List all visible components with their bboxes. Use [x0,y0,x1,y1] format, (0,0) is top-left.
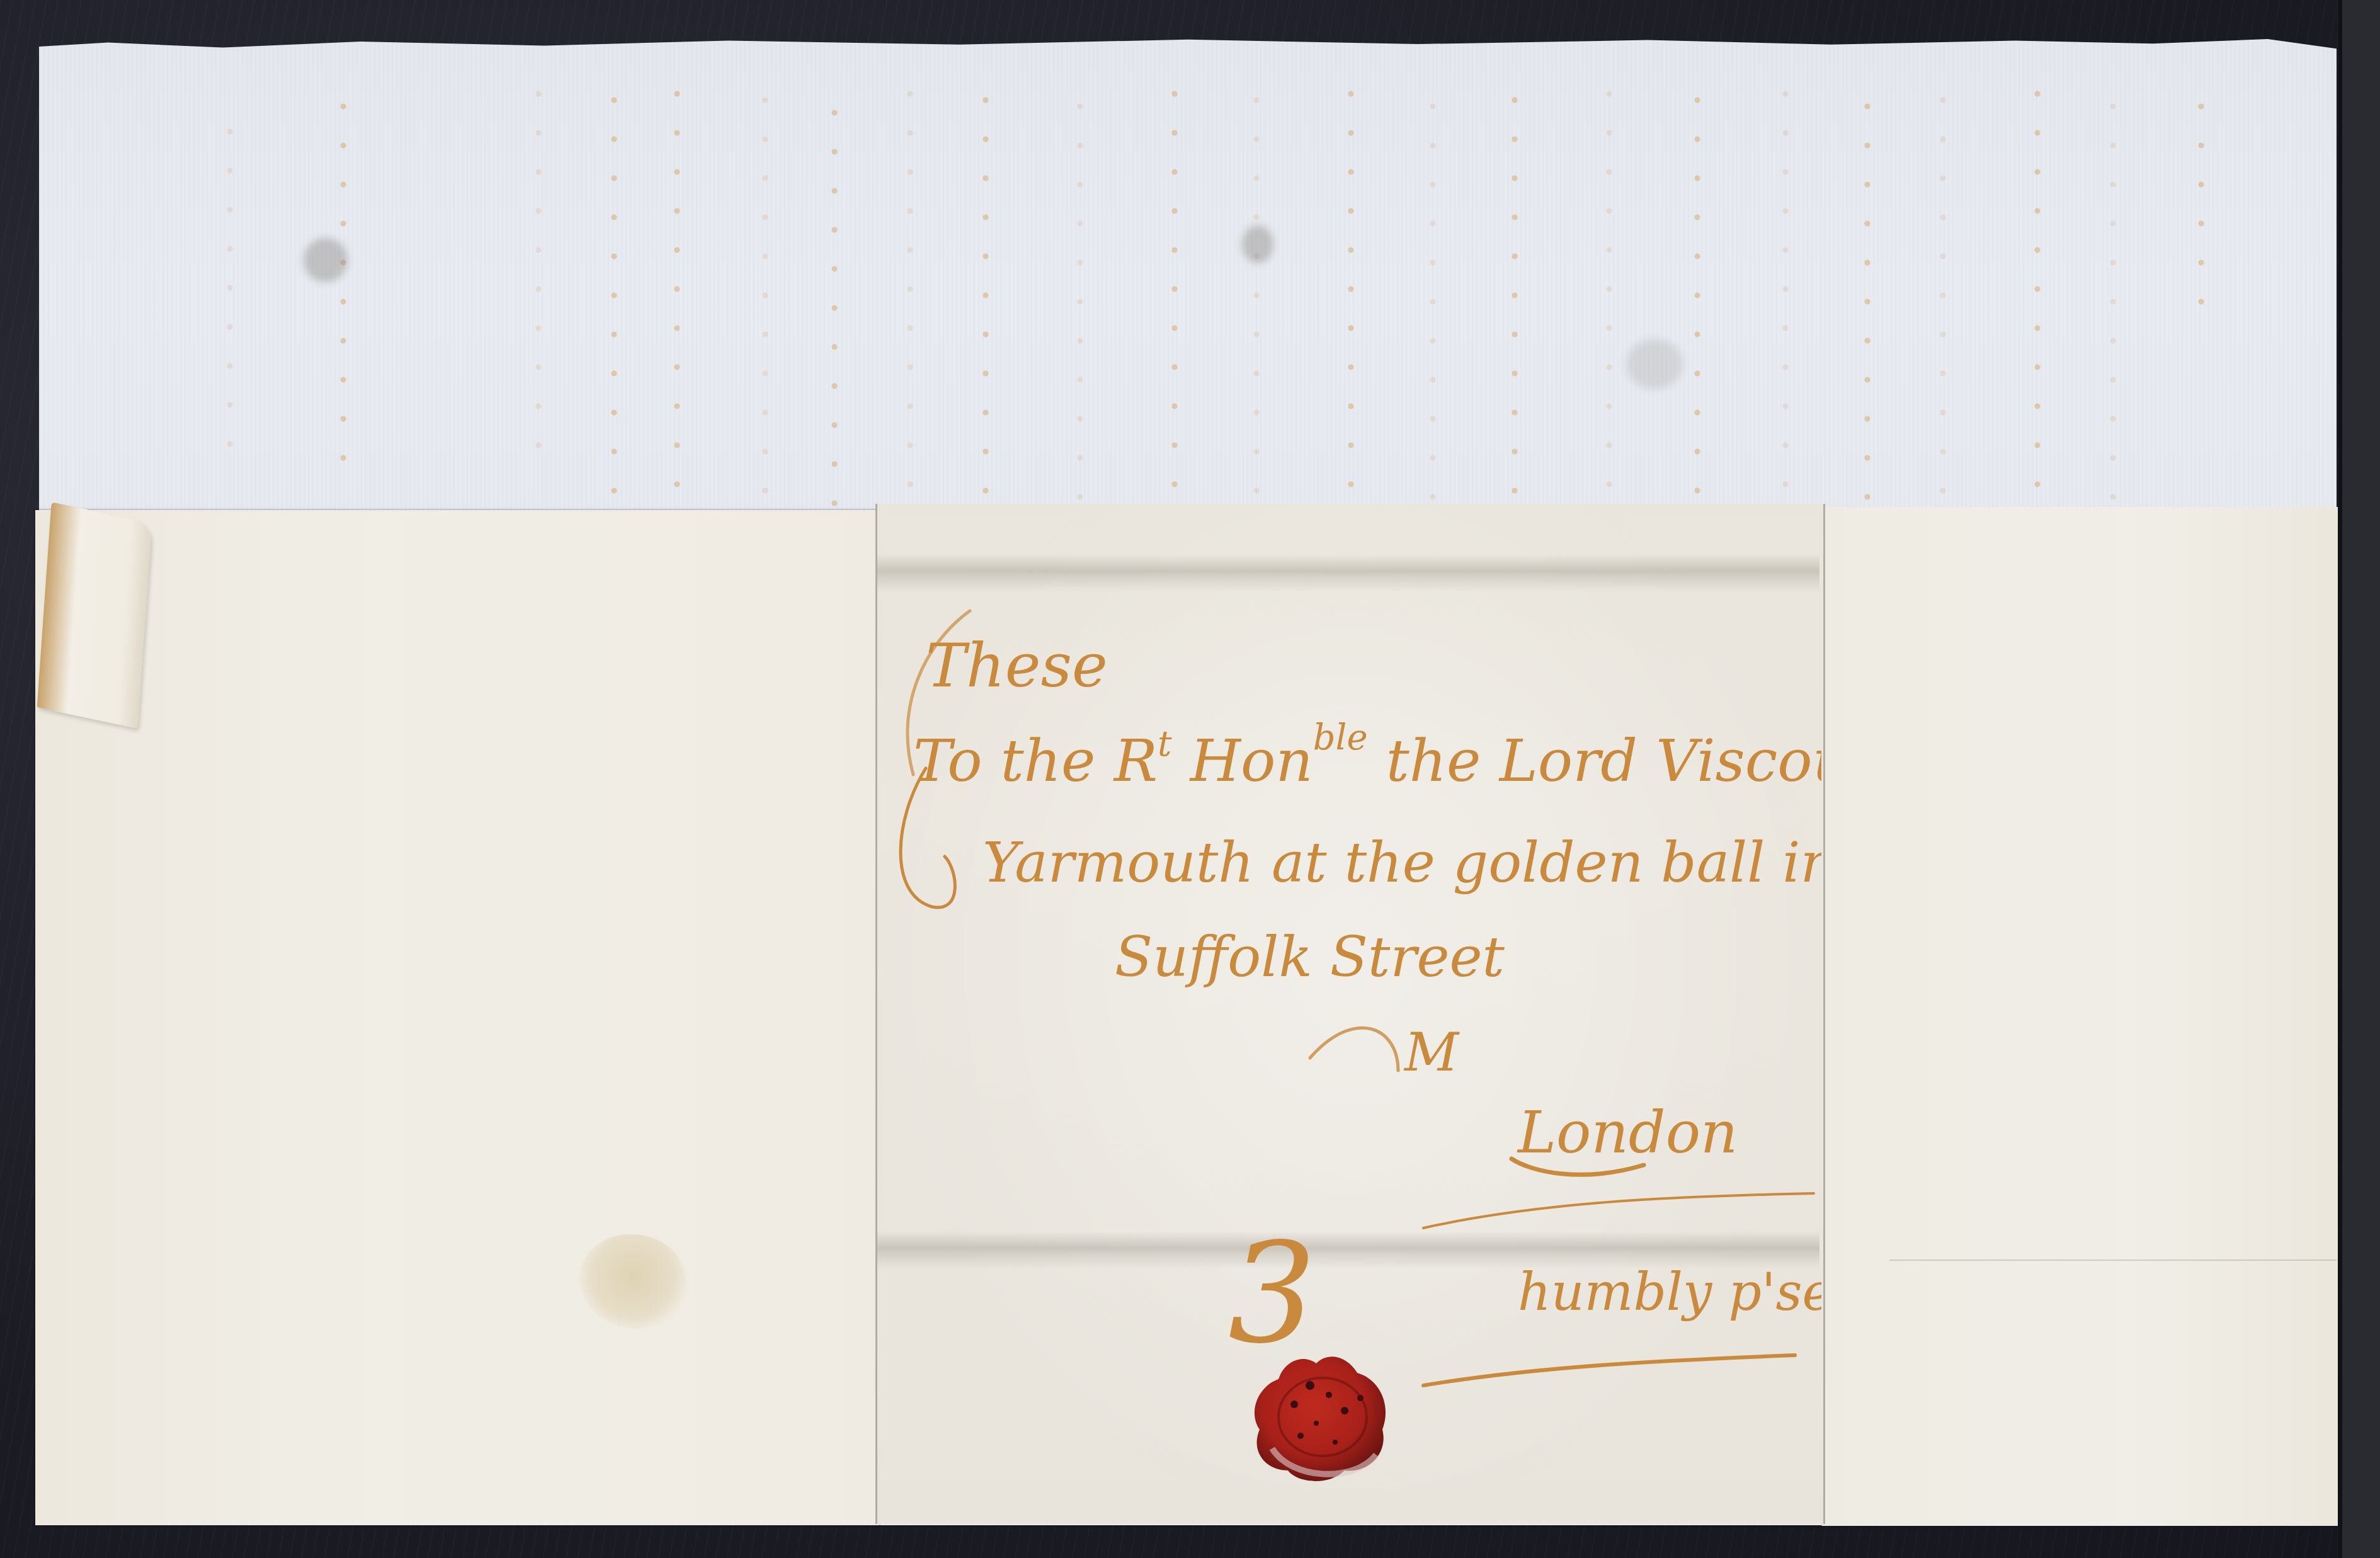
bleed-through-text [1506,81,1523,521]
bleed-through-text [222,112,238,465]
bleed-through-text [1343,74,1359,515]
address-mark-m: M [1403,1021,1460,1083]
bleed-through-text [1166,74,1183,528]
address-line-these: These [926,630,1108,701]
bleed-through-text [1601,74,1617,528]
bleed-through-text [1777,74,1794,528]
bleed-through-text [826,93,843,521]
bleed-through-text [1248,81,1265,521]
right-flap [1821,507,2338,1526]
address-line-recipient: To the Rt Honble the Lord Viscount [913,717,1821,795]
letter-inner-sheet [39,37,2337,540]
address-line-yarmouth: Yarmouth at the golden ball in [982,830,1821,895]
bleed-through-text [1935,81,1951,521]
bleed-through-text [757,81,773,521]
wax-seal [1234,1335,1404,1496]
bleed-through-text [1072,87,1088,515]
paper-spot [1242,225,1273,263]
paper-spot [304,238,348,282]
left-flap [35,511,880,1525]
bleed-through-text [1425,87,1441,515]
paper-spot [1626,339,1683,389]
bleed-through-text [2029,74,2046,528]
bleed-through-text [977,81,994,521]
bleed-through-text [606,81,622,521]
mount-edge [2338,0,2380,1558]
bleed-through-text [530,74,547,477]
bleed-through-text [1859,87,1876,515]
bleed-through-text [2193,87,2209,326]
bleed-through-text [669,74,685,528]
bleed-through-text [2105,87,2121,515]
folded-corner [37,502,152,729]
bleed-through-text [902,74,918,528]
bleed-through-text [335,87,351,477]
bleed-through-text [1689,81,1705,521]
address-line-london: London [1517,1099,1738,1166]
endorsement-text: humbly p'sent [1518,1263,1821,1322]
address-line-street: Suffolk Street [1115,924,1505,989]
fold-crease [1889,1259,2337,1261]
